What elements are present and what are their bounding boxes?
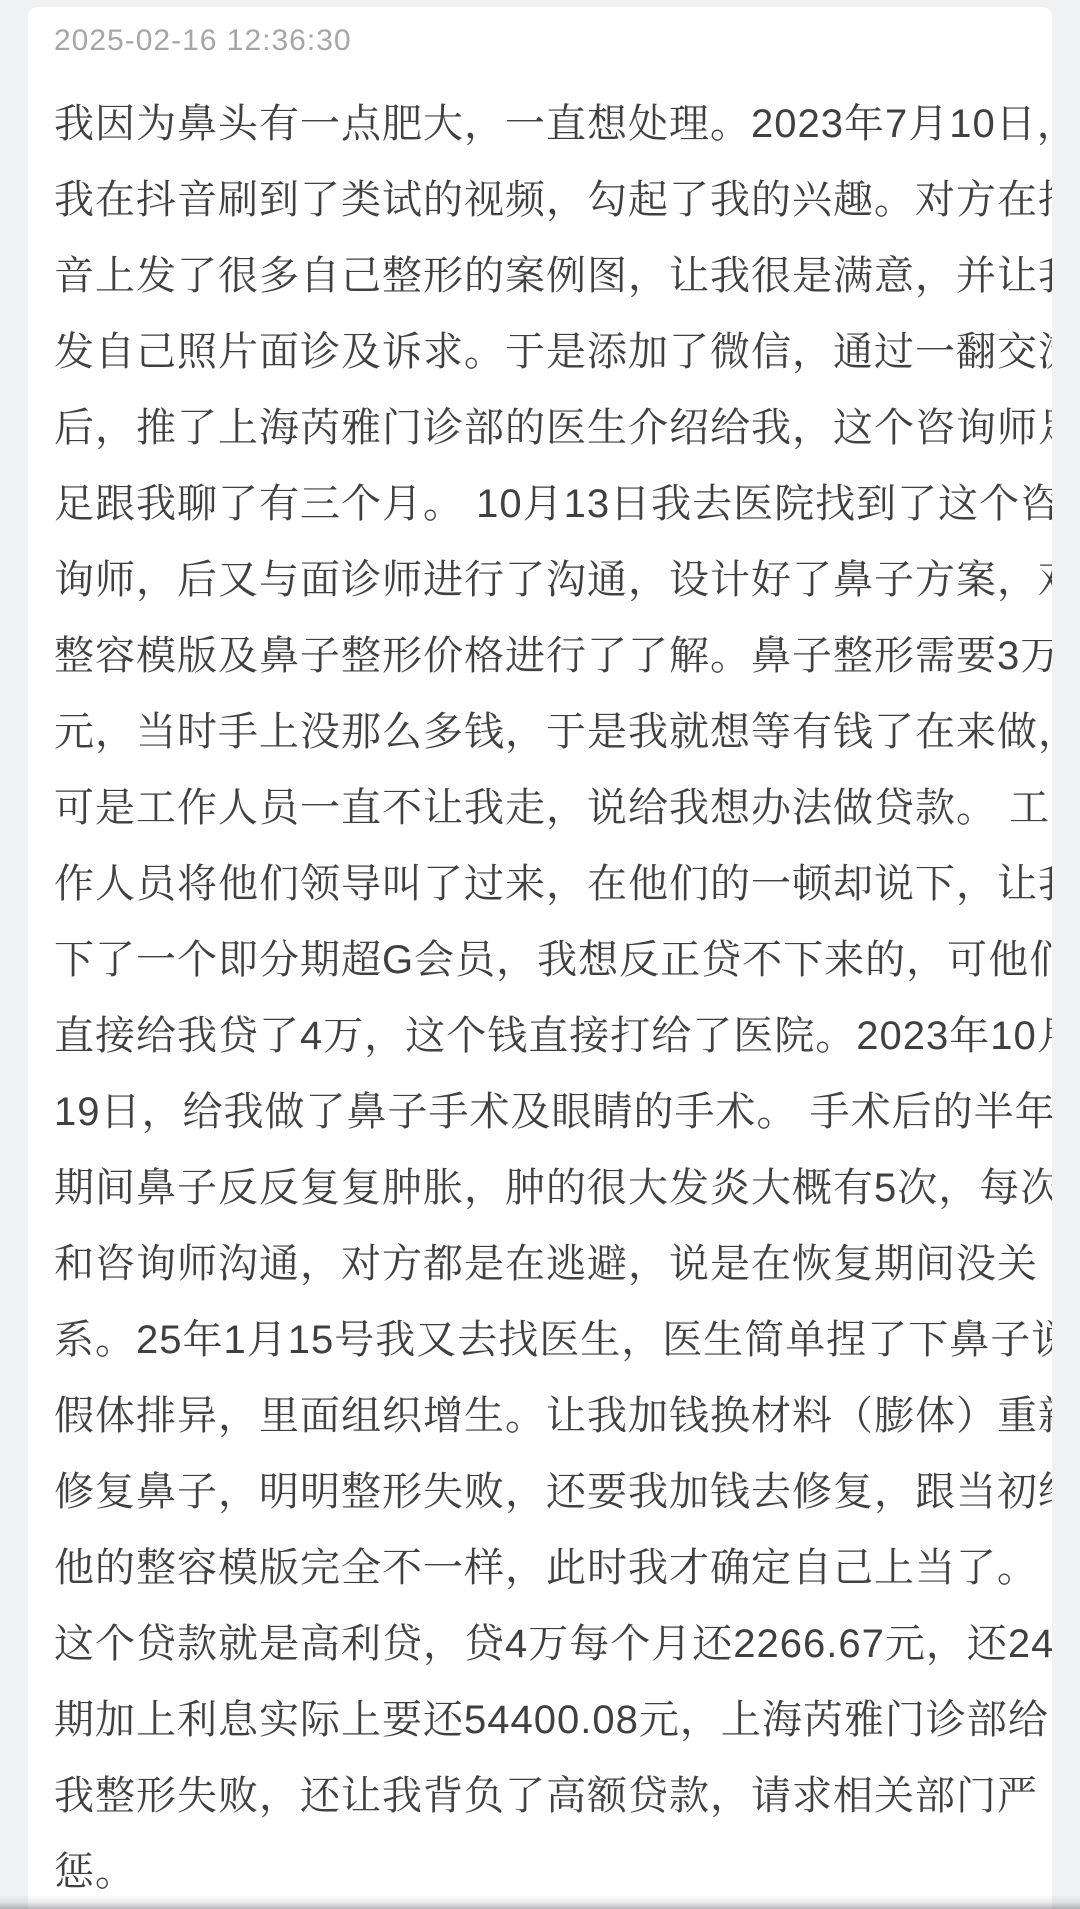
text-line: 和咨询师沟通，对方都是在逃避，说是在恢复期间没关 bbox=[54, 1226, 1026, 1302]
text-line: 他的整容模版完全不一样，此时我才确定自己上当了。 bbox=[54, 1530, 1026, 1606]
text-line: 后，推了上海芮雅门诊部的医生介绍给我，这个咨询师足 bbox=[54, 390, 1026, 466]
text-line: 这个贷款就是高利贷，贷4万每个月还2266.67元，还24 bbox=[54, 1606, 1026, 1682]
text-line: 假体排异，里面组织增生。让我加钱换材料（膨体）重新 bbox=[54, 1378, 1026, 1454]
text-line: 惩。 bbox=[54, 1834, 1026, 1909]
page-background: { "colors": { "page_background": "#eff1f… bbox=[0, 0, 1080, 1909]
text-line: 期间鼻子反反复复肿胀，肿的很大发炎大概有5次，每次 bbox=[54, 1150, 1026, 1226]
complaint-text: 我因为鼻头有一点肥大，一直想处理。2023年7月10日，我在抖音刷到了类试的视频… bbox=[54, 86, 1026, 1909]
post-card: 2025-02-16 12:36:30 我因为鼻头有一点肥大，一直想处理。202… bbox=[28, 7, 1052, 1909]
text-line: 询师，后又与面诊师进行了沟通，设计好了鼻子方案，对 bbox=[54, 542, 1026, 618]
post-timestamp: 2025-02-16 12:36:30 bbox=[54, 22, 1026, 60]
text-line: 直接给我贷了4万，这个钱直接打给了医院。2023年10月 bbox=[54, 998, 1026, 1074]
text-line: 我因为鼻头有一点肥大，一直想处理。2023年7月10日， bbox=[54, 86, 1026, 162]
text-line: 足跟我聊了有三个月。 10月13日我去医院找到了这个咨 bbox=[54, 466, 1026, 542]
text-line: 我整形失败，还让我背负了高额贷款，请求相关部门严 bbox=[54, 1758, 1026, 1834]
text-line: 我在抖音刷到了类试的视频，勾起了我的兴趣。对方在抖 bbox=[54, 162, 1026, 238]
text-line: 整容模版及鼻子整形价格进行了了解。鼻子整形需要3万 bbox=[54, 618, 1026, 694]
text-line: 音上发了很多自己整形的案例图，让我很是满意，并让我 bbox=[54, 238, 1026, 314]
text-line: 期加上利息实际上要还54400.08元，上海芮雅门诊部给 bbox=[54, 1682, 1026, 1758]
text-line: 作人员将他们领导叫了过来，在他们的一顿却说下，让我 bbox=[54, 846, 1026, 922]
text-line: 系。25年1月15号我又去找医生，医生简单捏了下鼻子说 bbox=[54, 1302, 1026, 1378]
text-line: 下了一个即分期超G会员，我想反正贷不下来的，可他们 bbox=[54, 922, 1026, 998]
text-line: 可是工作人员一直不让我走，说给我想办法做贷款。 工 bbox=[54, 770, 1026, 846]
text-line: 修复鼻子，明明整形失败，还要我加钱去修复，跟当初给 bbox=[54, 1454, 1026, 1530]
text-line: 19日，给我做了鼻子手术及眼睛的手术。 手术后的半年 bbox=[54, 1074, 1026, 1150]
text-line: 元，当时手上没那么多钱，于是我就想等有钱了在来做， bbox=[54, 694, 1026, 770]
text-line: 发自己照片面诊及诉求。于是添加了微信，通过一翻交流 bbox=[54, 314, 1026, 390]
